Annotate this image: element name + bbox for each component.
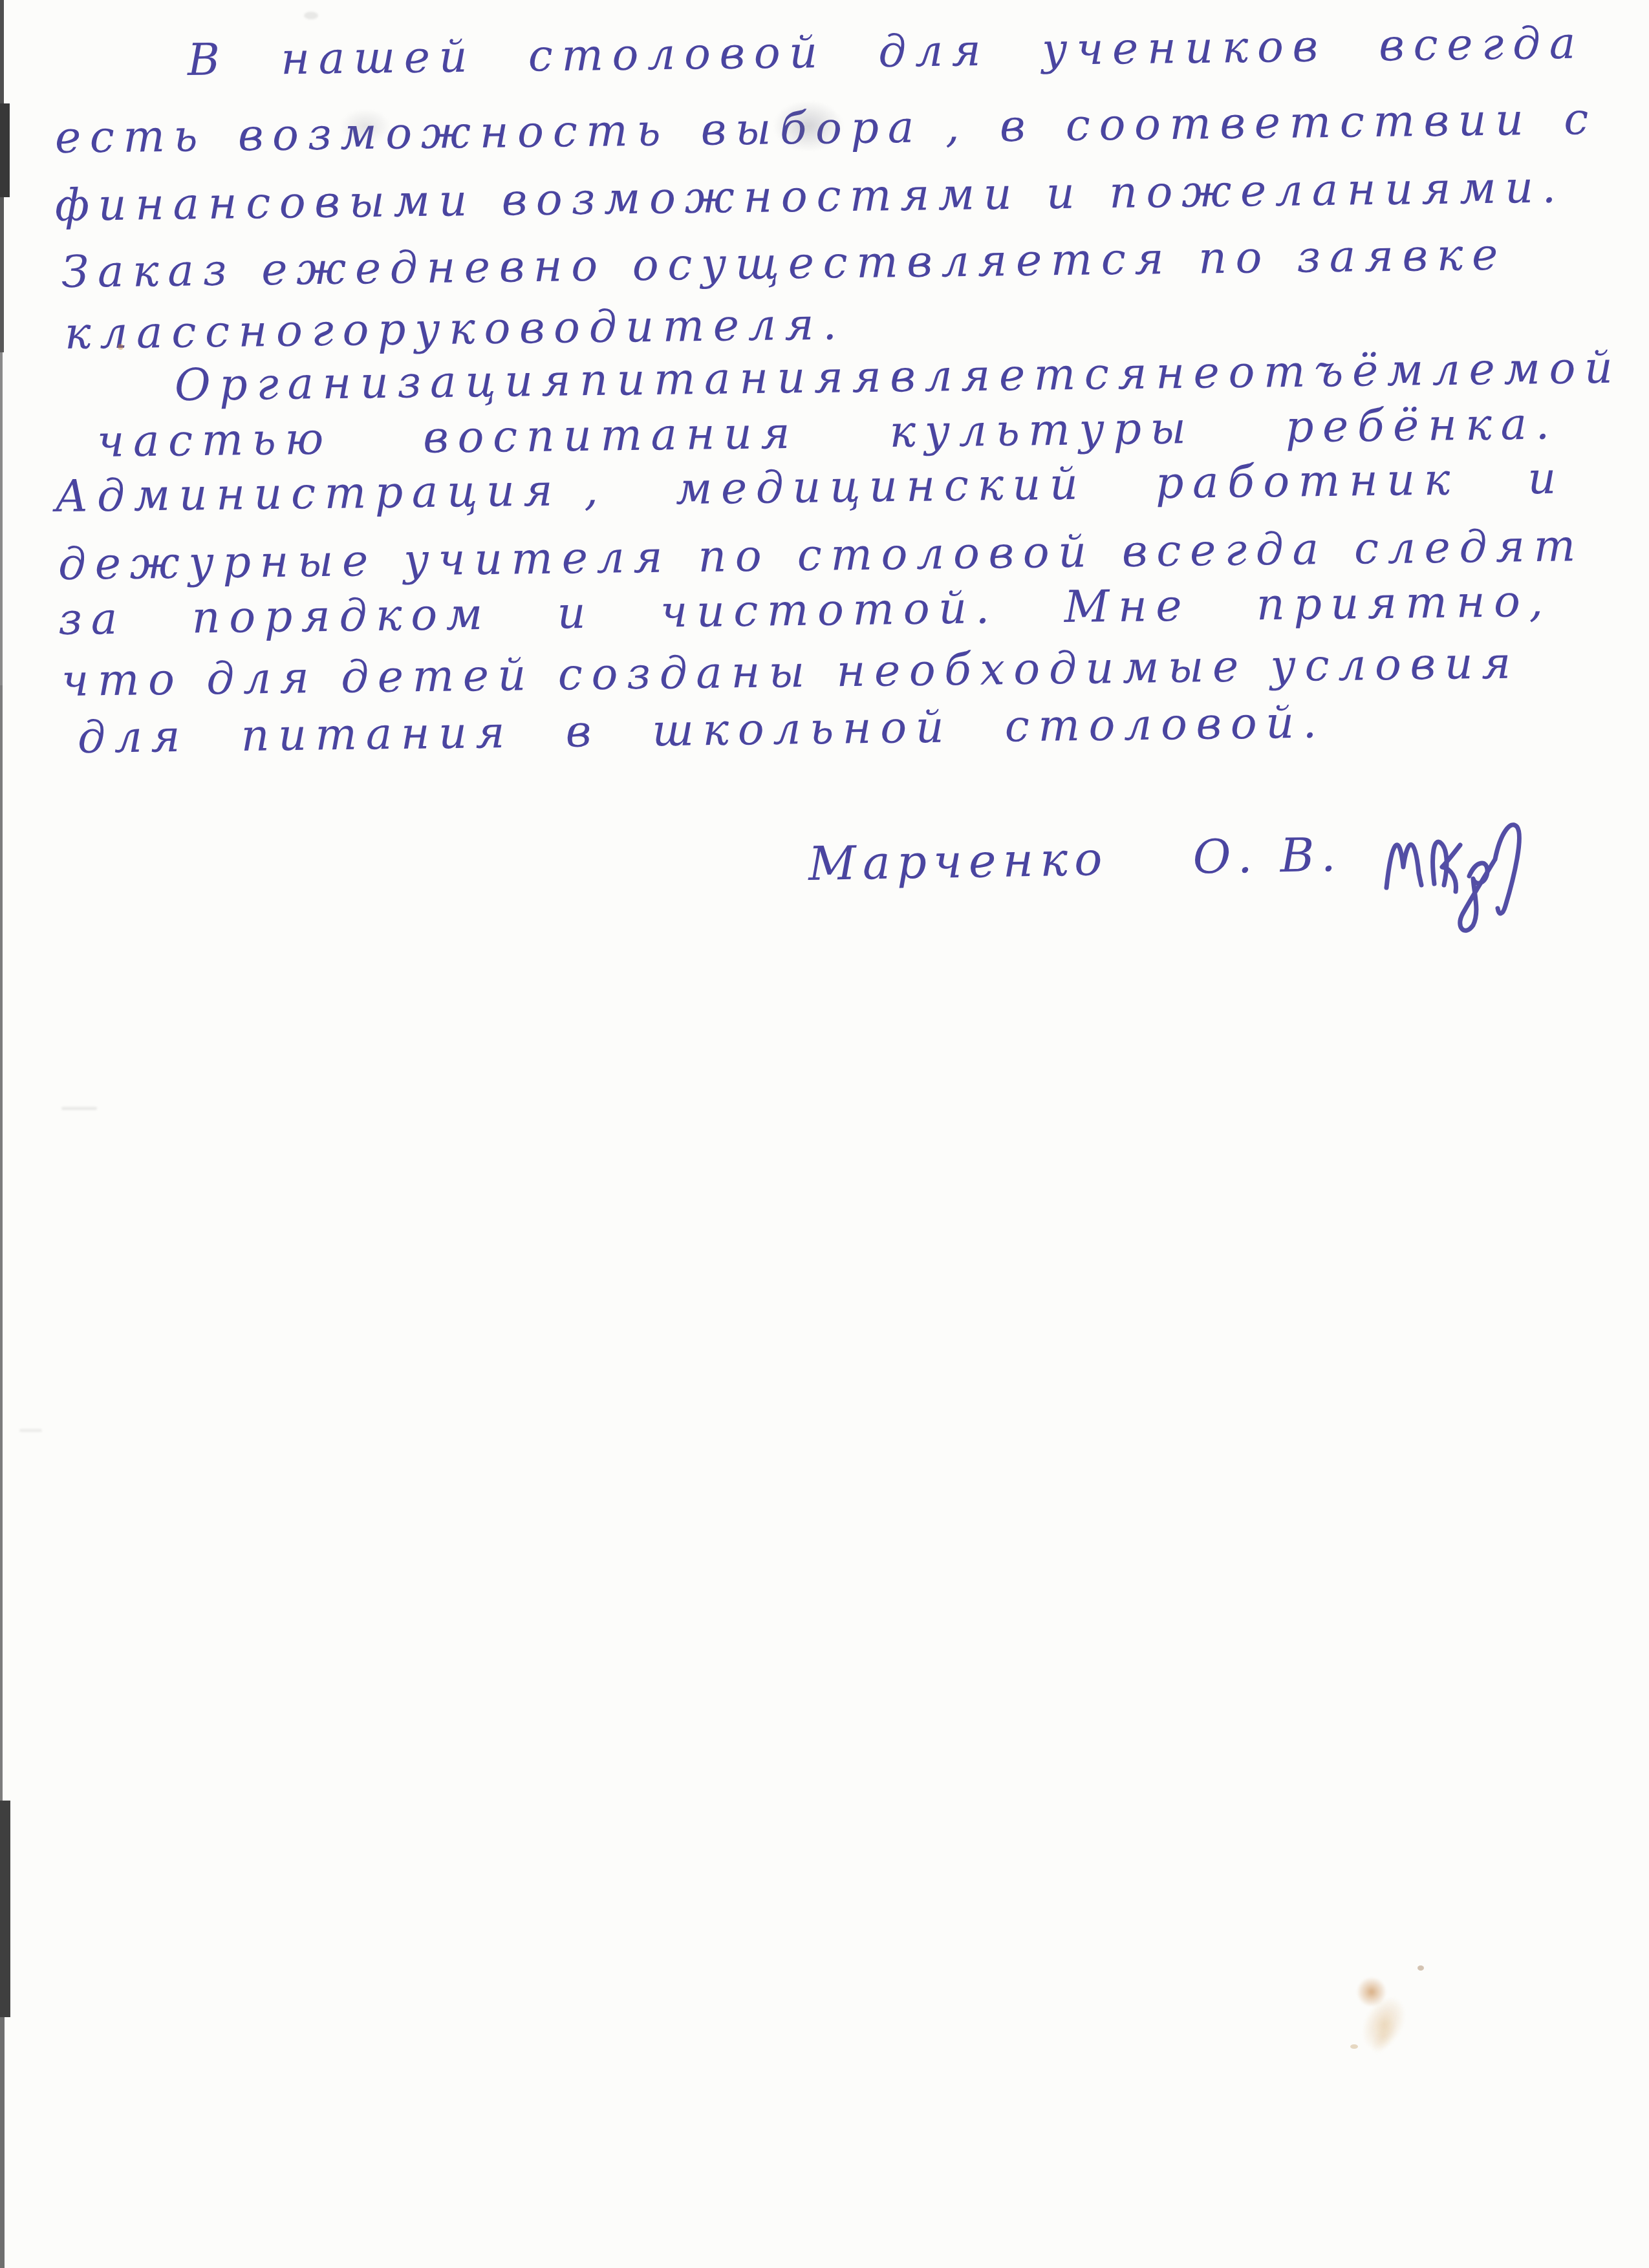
word: классного bbox=[65, 308, 378, 356]
gray-dash bbox=[19, 1429, 42, 1432]
word: для bbox=[206, 656, 318, 701]
word: столовой. bbox=[1004, 701, 1326, 749]
word: финансовыми bbox=[55, 179, 477, 228]
handwritten-line: частьювоспитаниякультурыребёнка. bbox=[97, 402, 1559, 464]
handwritten-line: финансовымивозможностямиипожеланиями. bbox=[55, 166, 1566, 228]
word: частью bbox=[97, 418, 333, 464]
scanner-edge-artifact-segment bbox=[0, 197, 4, 352]
scanned-page: Внашейстоловойдляучениковвсегда естьвозм… bbox=[0, 0, 1649, 2268]
handwritten-line: классногоруководителя. bbox=[65, 303, 809, 356]
word: следят bbox=[1354, 524, 1585, 571]
word: условия bbox=[1270, 641, 1520, 689]
scanner-edge-artifact-segment bbox=[0, 0, 4, 103]
word: возможность bbox=[238, 109, 670, 158]
word: в bbox=[999, 105, 1034, 149]
word: неотъёмлемой bbox=[1156, 347, 1622, 396]
word: воспитания bbox=[423, 412, 799, 460]
word: всегда bbox=[1122, 528, 1328, 574]
word: осуществляется bbox=[632, 237, 1172, 288]
handwritten-line: чтодлядетейсозданынеобходимыеусловия bbox=[61, 641, 1520, 703]
gray-smudge bbox=[339, 109, 391, 144]
word: культуры bbox=[889, 407, 1195, 455]
orange-speck bbox=[1417, 1965, 1424, 1971]
word: учеников bbox=[1042, 25, 1327, 72]
word: учителя bbox=[404, 535, 672, 583]
word: питания bbox=[241, 711, 513, 758]
scanner-edge-artifact-segment bbox=[0, 352, 3, 685]
word: приятно, bbox=[1256, 580, 1553, 628]
signature: Марченко О. В. bbox=[808, 831, 1342, 887]
word: созданы bbox=[557, 650, 814, 698]
signature-initials: О. В. bbox=[1192, 831, 1342, 881]
word: является bbox=[852, 352, 1156, 400]
word: Администрация , bbox=[55, 469, 607, 519]
word: в bbox=[565, 710, 600, 754]
gray-smudge bbox=[773, 100, 844, 152]
word: возможностями bbox=[501, 173, 1020, 223]
orange-speck bbox=[118, 344, 124, 350]
word: для bbox=[878, 29, 990, 74]
word: по bbox=[1198, 236, 1271, 281]
word: В bbox=[188, 38, 229, 83]
word: работник bbox=[1155, 458, 1459, 506]
handwritten-line: Внашейстоловойдляучениковвсегда bbox=[188, 22, 1585, 83]
gray-dash bbox=[61, 1107, 97, 1110]
word: и bbox=[557, 592, 594, 636]
handwritten-line: дежурныеучителяпостоловойвсегдаследят bbox=[58, 524, 1585, 587]
word: есть bbox=[55, 114, 207, 160]
signature-flourish bbox=[1377, 805, 1571, 941]
word: для bbox=[78, 715, 189, 760]
word: Мне bbox=[1064, 584, 1191, 630]
word: необходимые bbox=[836, 645, 1247, 694]
word: с bbox=[1564, 98, 1598, 142]
scanner-edge-artifact-segment bbox=[0, 685, 3, 1801]
scanner-edge-artifact-segment bbox=[0, 1801, 10, 2017]
word: порядком bbox=[191, 593, 491, 641]
word: что bbox=[61, 658, 184, 703]
word: нашей bbox=[281, 36, 477, 82]
word: и bbox=[1046, 172, 1084, 217]
scanner-edge-artifact-segment bbox=[0, 103, 10, 197]
word: детей bbox=[341, 654, 535, 700]
word: дежурные bbox=[58, 539, 378, 587]
word: питания bbox=[579, 356, 852, 403]
word: школьной bbox=[652, 705, 953, 753]
word: ежедневно bbox=[261, 244, 607, 293]
word: соответствии bbox=[1065, 98, 1532, 148]
handwritten-line: запорядкомичистотой.Мнеприятно, bbox=[58, 580, 1553, 642]
handwritten-line: Организацияпитанияявляетсянеотъёмлемой bbox=[175, 347, 1591, 408]
word: пожеланиями. bbox=[1109, 166, 1565, 215]
word: за bbox=[58, 597, 127, 642]
word: столовой bbox=[528, 31, 826, 79]
signature-name: Марченко bbox=[808, 835, 1109, 887]
word: столовой bbox=[797, 530, 1095, 578]
word: по bbox=[698, 535, 771, 579]
handwritten-line: Администрация ,медицинскийработники bbox=[55, 456, 1566, 519]
word: руководителя. bbox=[378, 303, 846, 352]
handwritten-line: Заказежедневноосуществляетсяпозаявке bbox=[61, 233, 1507, 295]
word: и bbox=[1527, 456, 1565, 501]
word: медицинский bbox=[676, 463, 1087, 512]
word: ребёнка. bbox=[1286, 402, 1559, 449]
word: заявке bbox=[1297, 233, 1507, 280]
gray-smudge bbox=[304, 12, 318, 19]
word: Заказ bbox=[61, 249, 236, 295]
word: всегда bbox=[1379, 22, 1584, 69]
word: Организация bbox=[175, 359, 580, 408]
scanner-edge-artifact-segment bbox=[0, 2017, 5, 2268]
handwritten-line: дляпитаниявшкольнойстоловой. bbox=[78, 701, 1326, 760]
word: чистотой. bbox=[660, 586, 999, 634]
orange-speck bbox=[1350, 2044, 1358, 2049]
